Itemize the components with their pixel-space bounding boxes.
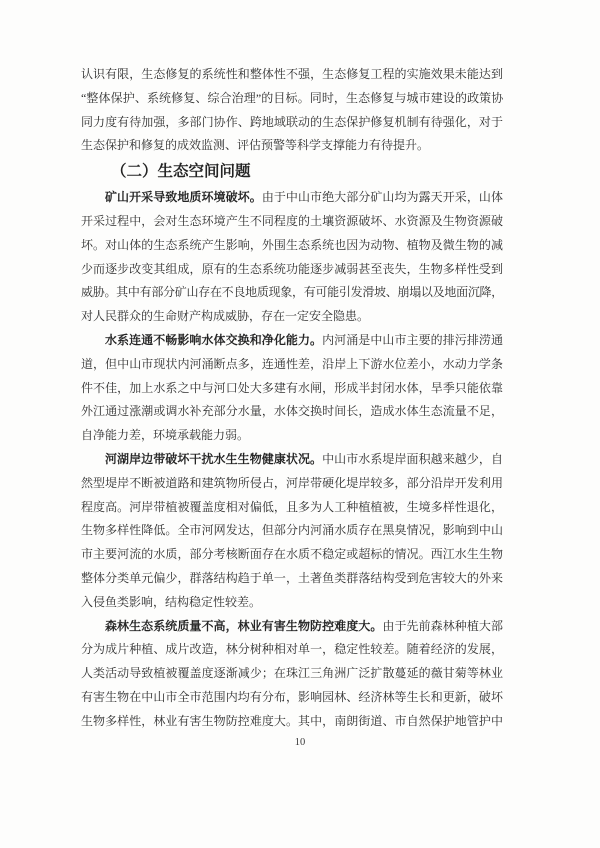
text-run: 威胁。其中有部分矿山存在不良地质现象，有可能引发滑坡、崩塌以及地面沉降， <box>81 285 503 299</box>
text-run: 整体分类单元偏少，群落结构趋于单一，土著鱼类群落结构受到危害较大的外来 <box>81 571 503 585</box>
text-run: 生态保护和修复的成效监测、评估预警等科学支撑能力有待提升。 <box>81 138 429 152</box>
text-line: 人类活动导致植被覆盖度逐渐减少；在珠江三角洲广泛扩散蔓延的薇甘菊等林业 <box>81 662 503 686</box>
text-run: 同力度有待加强，多部门协作、跨地域联动的生态保护修复机制有待强化，对于 <box>81 115 503 129</box>
text-line: 坏。对山体的生态系统产生影响，外围生态系统也因为动物、植物及微生物的减 <box>81 234 503 258</box>
paragraph-lead: 河湖岸边带破坏干扰水生生物健康状况。 <box>105 452 322 466</box>
text-run: 中山市水系堤岸面积越来越少，自 <box>322 452 503 466</box>
text-run: 少而逐步改变其组成，原有的生态系统功能逐步减弱甚至丧失，生物多样性受到 <box>81 262 503 276</box>
text-run: 内河涌是中山市主要的排污排涝通 <box>322 333 503 347</box>
text-run: 有害生物在中山市全市范围内均有分布，影响园林、经济林等生长和更新，破坏 <box>81 690 503 704</box>
text-run: 认识有限，生态修复的系统性和整体性不强，生态修复工程的实施效果未能达到 <box>81 67 503 81</box>
text-run: 外江通过涨潮或调水补充部分水量，水体交换时间长，造成水体生态流量不足， <box>81 404 503 418</box>
text-line: 有害生物在中山市全市范围内均有分布，影响园林、经济林等生长和更新，破坏 <box>81 686 503 710</box>
text-line: 生态保护和修复的成效监测、评估预警等科学支撑能力有待提升。 <box>81 134 503 158</box>
text-line: 对人民群众的生命财产构成威胁，存在一定安全隐患。 <box>81 305 503 329</box>
text-line: 开采过程中，会对生态环境产生不同程度的土壤资源破坏、水资源及生物资源破 <box>81 210 503 234</box>
text-line: “整体保护、系统修复、综合治理”的目标。同时，生态修复与城市建设的政策协 <box>81 87 503 111</box>
text-line: 水系连通不畅影响水体交换和净化能力。内河涌是中山市主要的排污排涝通 <box>81 329 503 353</box>
paragraph-lead: 水系连通不畅影响水体交换和净化能力。 <box>105 333 322 347</box>
paragraph-lead: 矿山开采导致地质环境破坏。 <box>105 190 262 204</box>
text-line: 入侵鱼类影响，结构稳定性较差。 <box>81 591 503 615</box>
text-line: 件不佳，加上水系之中与河口处大多建有水闸，形成半封闭水体，旱季只能依靠 <box>81 377 503 401</box>
text-run: 程度高。河岸带植被覆盖度相对偏低，且多为人工种植植被，生境多样性退化， <box>81 500 503 514</box>
section-heading: （二）生态空间问题 <box>81 158 503 186</box>
text-run: 对人民群众的生命财产构成威胁，存在一定安全隐患。 <box>81 309 369 323</box>
text-run: 市主要河流的水质，部分考核断面存在水质不稳定或超标的情况。西江水生生物 <box>81 547 503 561</box>
text-line: 矿山开采导致地质环境破坏。由于中山市绝大部分矿山均为露天开采，山体 <box>81 186 503 210</box>
paragraph-lead: 森林生态系统质量不高，林业有害生物防控难度大。 <box>105 619 382 633</box>
text-line: 河湖岸边带破坏干扰水生生物健康状况。中山市水系堤岸面积越来越少，自 <box>81 448 503 472</box>
text-run: 由于先前森林种植大部 <box>382 619 503 633</box>
text-run: 件不佳，加上水系之中与河口处大多建有水闸，形成半封闭水体，旱季只能依靠 <box>81 381 503 395</box>
text-line: 同力度有待加强，多部门协作、跨地域联动的生态保护修复机制有待强化，对于 <box>81 111 503 135</box>
text-run: 由于中山市绝大部分矿山均为露天开采，山体 <box>262 190 503 204</box>
text-run: 分为成片种植、成片改造，林分树种相对单一，稳定性较差。随着经济的发展， <box>81 642 503 656</box>
text-run: 人类活动导致植被覆盖度逐渐减少；在珠江三角洲广泛扩散蔓延的薇甘菊等林业 <box>81 666 503 680</box>
text-line: 整体分类单元偏少，群落结构趋于单一，土著鱼类群落结构受到危害较大的外来 <box>81 567 503 591</box>
text-line: 程度高。河岸带植被覆盖度相对偏低，且多为人工种植植被，生境多样性退化， <box>81 496 503 520</box>
text-line: 分为成片种植、成片改造，林分树种相对单一，稳定性较差。随着经济的发展， <box>81 638 503 662</box>
text-line: 少而逐步改变其组成，原有的生态系统功能逐步减弱甚至丧失，生物多样性受到 <box>81 258 503 282</box>
text-run: 生物多样性降低。全市河网发达，但部分内河涌水质存在黑臭情况，影响到中山 <box>81 523 503 537</box>
text-line: 然型堤岸不断被道路和建筑物所侵占，河岸带硬化堤岸较多，部分沿岸开发利用 <box>81 472 503 496</box>
text-line: 森林生态系统质量不高，林业有害生物防控难度大。由于先前森林种植大部 <box>81 615 503 639</box>
text-line: 道，但中山市现状内河涌断点多，连通性差，沿岸上下游水位差小，水动力学条 <box>81 353 503 377</box>
text-run: 自净能力差，环境承载能力弱。 <box>81 428 249 442</box>
text-line: 威胁。其中有部分矿山存在不良地质现象，有可能引发滑坡、崩塌以及地面沉降， <box>81 281 503 305</box>
text-run: 然型堤岸不断被道路和建筑物所侵占，河岸带硬化堤岸较多，部分沿岸开发利用 <box>81 476 503 490</box>
text-line: 生物多样性，林业有害生物防控难度大。其中，南朗街道、市自然保护地管护中 <box>81 710 503 734</box>
text-run: 道，但中山市现状内河涌断点多，连通性差，沿岸上下游水位差小，水动力学条 <box>81 357 503 371</box>
document-page: 认识有限，生态修复的系统性和整体性不强，生态修复工程的实施效果未能达到“整体保护… <box>0 0 600 848</box>
text-run: 入侵鱼类影响，结构稳定性较差。 <box>81 595 261 609</box>
text-run: 生物多样性，林业有害生物防控难度大。其中，南朗街道、市自然保护地管护中 <box>81 714 503 728</box>
text-line: 市主要河流的水质，部分考核断面存在水质不稳定或超标的情况。西江水生生物 <box>81 543 503 567</box>
text-run: “整体保护、系统修复、综合治理”的目标。同时，生态修复与城市建设的政策协 <box>81 91 503 105</box>
text-line: 生物多样性降低。全市河网发达，但部分内河涌水质存在黑臭情况，影响到中山 <box>81 519 503 543</box>
text-line: 外江通过涨潮或调水补充部分水量，水体交换时间长，造成水体生态流量不足， <box>81 400 503 424</box>
text-block: 认识有限，生态修复的系统性和整体性不强，生态修复工程的实施效果未能达到“整体保护… <box>81 63 503 734</box>
text-run: 坏。对山体的生态系统产生影响，外围生态系统也因为动物、植物及微生物的减 <box>81 238 503 252</box>
text-line: 自净能力差，环境承载能力弱。 <box>81 424 503 448</box>
text-line: 认识有限，生态修复的系统性和整体性不强，生态修复工程的实施效果未能达到 <box>81 63 503 87</box>
page-number: 10 <box>0 736 600 750</box>
text-run: 开采过程中，会对生态环境产生不同程度的土壤资源破坏、水资源及生物资源破 <box>81 214 503 228</box>
